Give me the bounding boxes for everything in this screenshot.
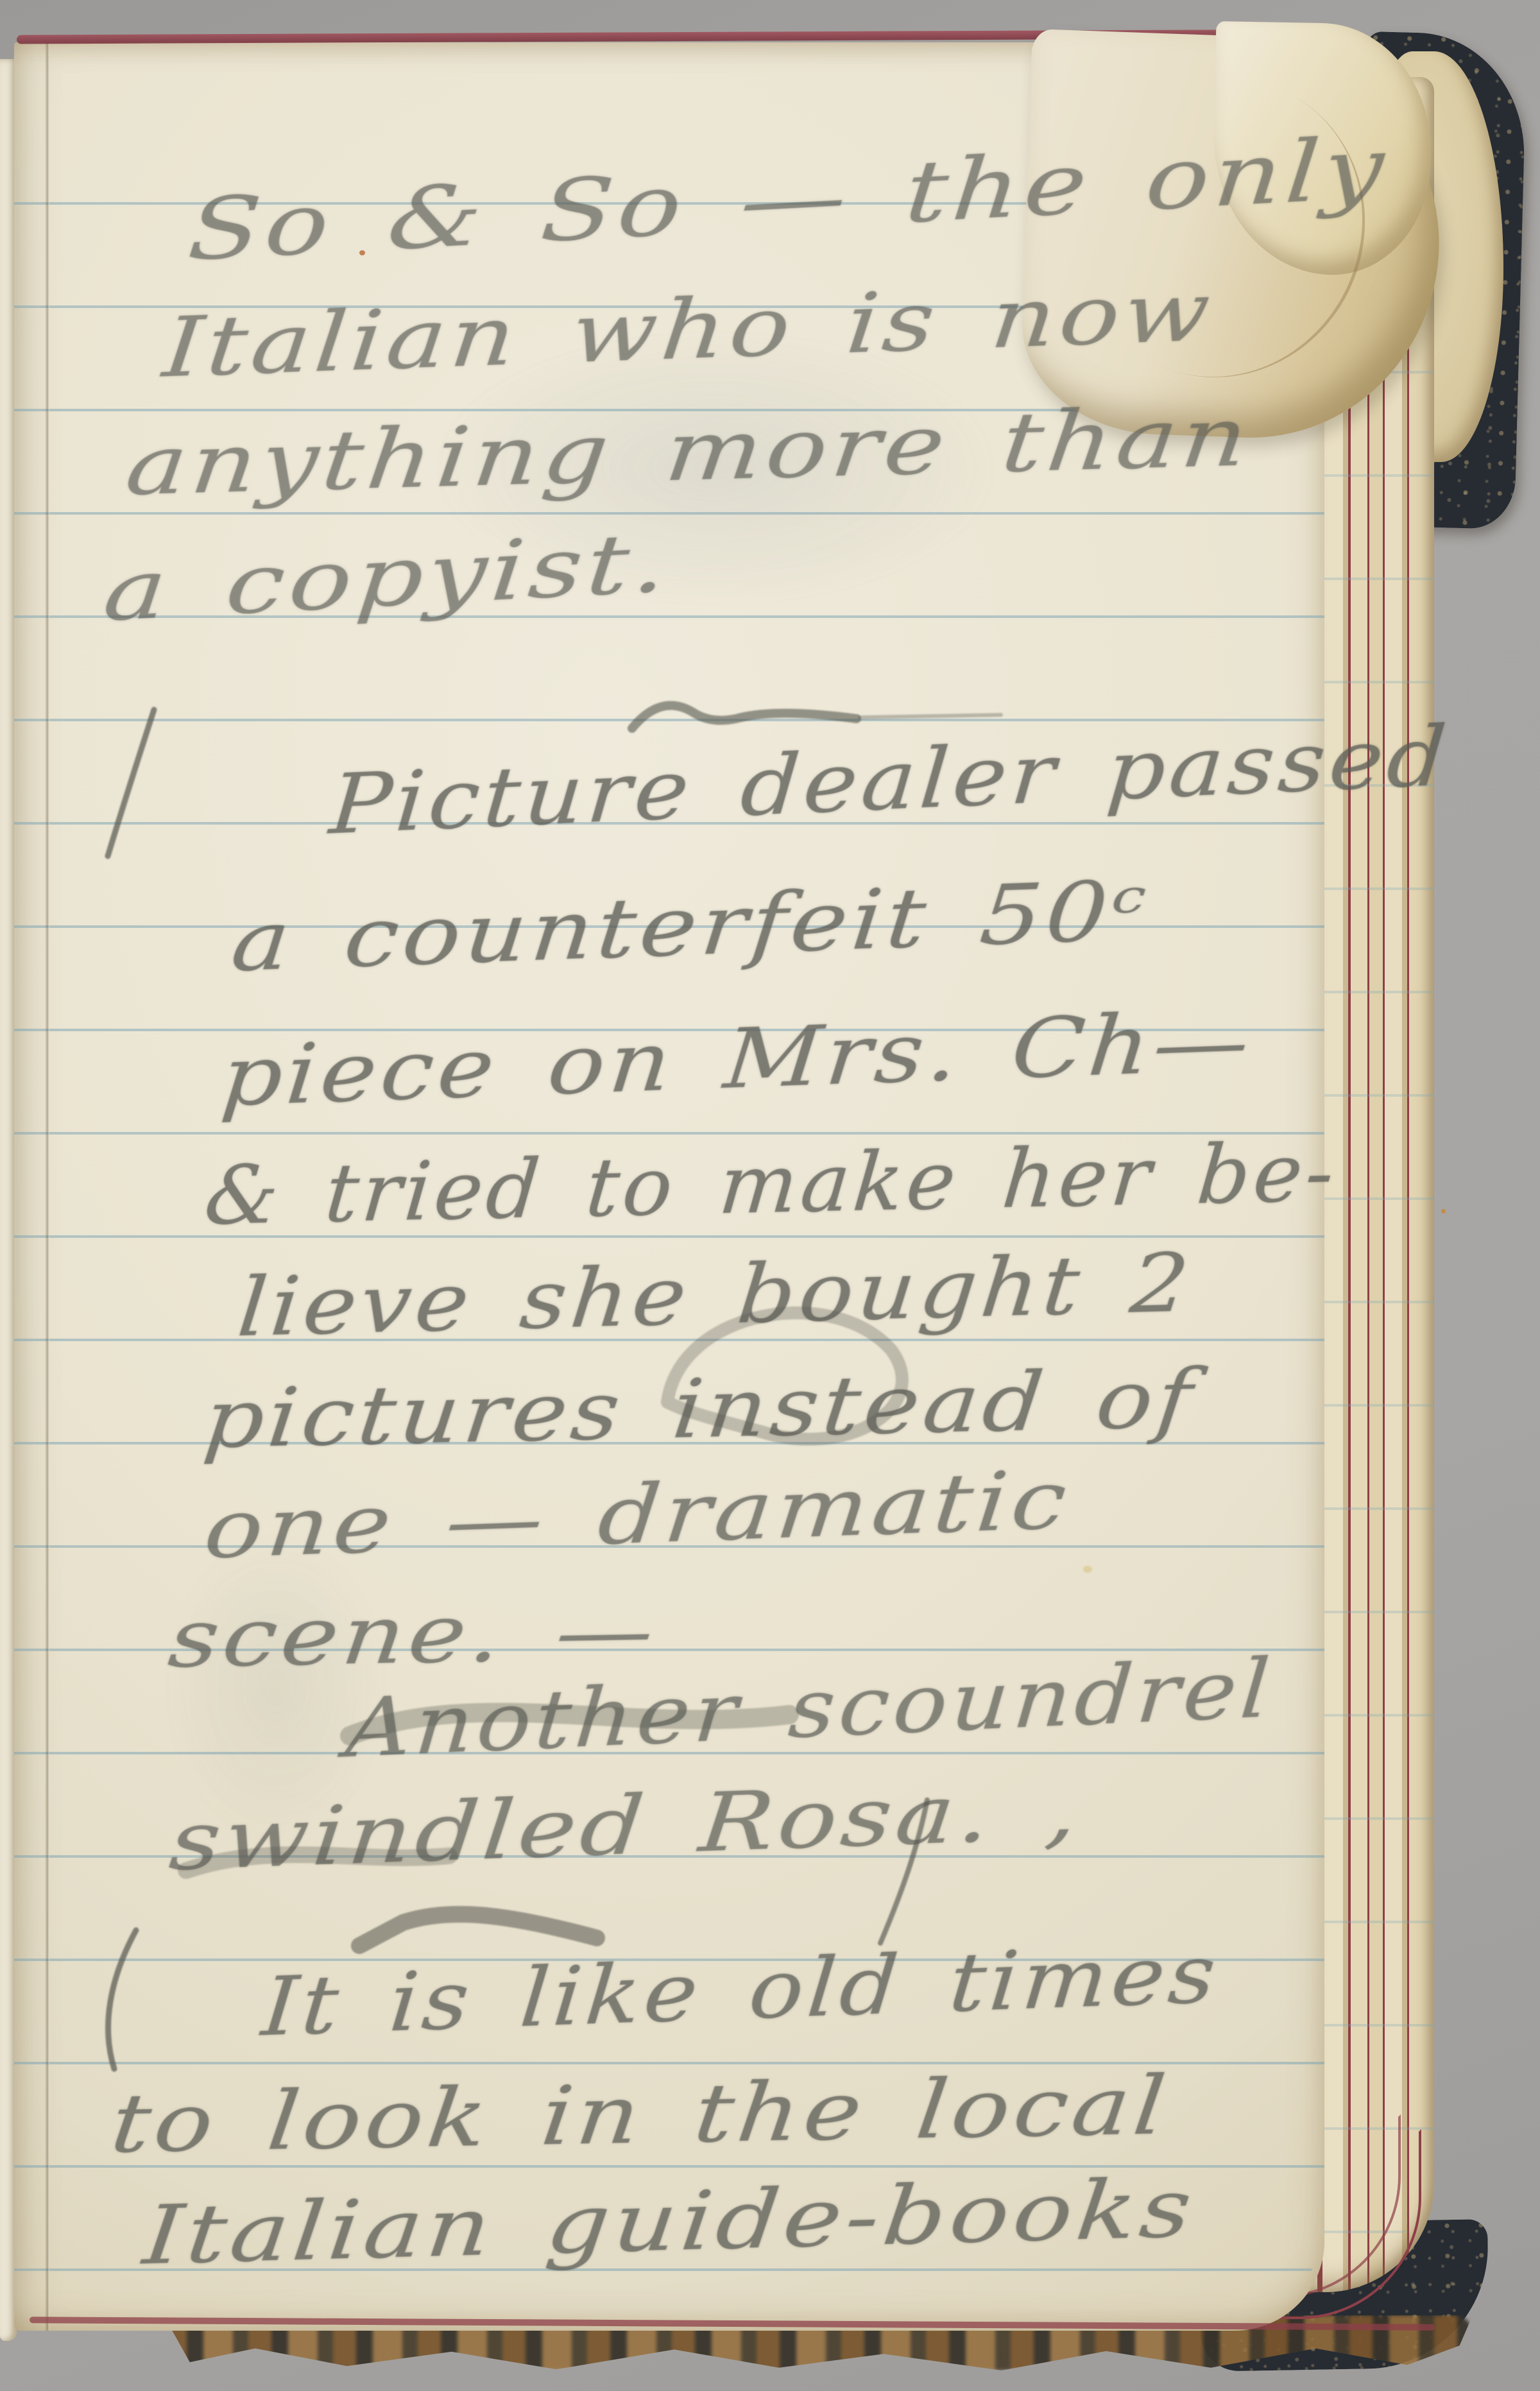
stain-speck [359, 250, 365, 255]
margin-paren [108, 1930, 136, 2069]
margin-slash [108, 710, 154, 856]
paragraph-divider-squiggle-tail [860, 715, 1001, 717]
flourish-loop [667, 1313, 902, 1439]
strikethrough-smear [350, 1713, 789, 1736]
smear-swindled [186, 1855, 449, 1871]
stain-speck [1083, 1566, 1092, 1573]
pencil-marks-overlay [0, 0, 1540, 2391]
stain-speck [1441, 1209, 1446, 1213]
paragraph-divider-dash [359, 1914, 597, 1946]
paragraph-divider-squiggle [632, 705, 857, 728]
slash-after-rosa [880, 1800, 927, 1943]
